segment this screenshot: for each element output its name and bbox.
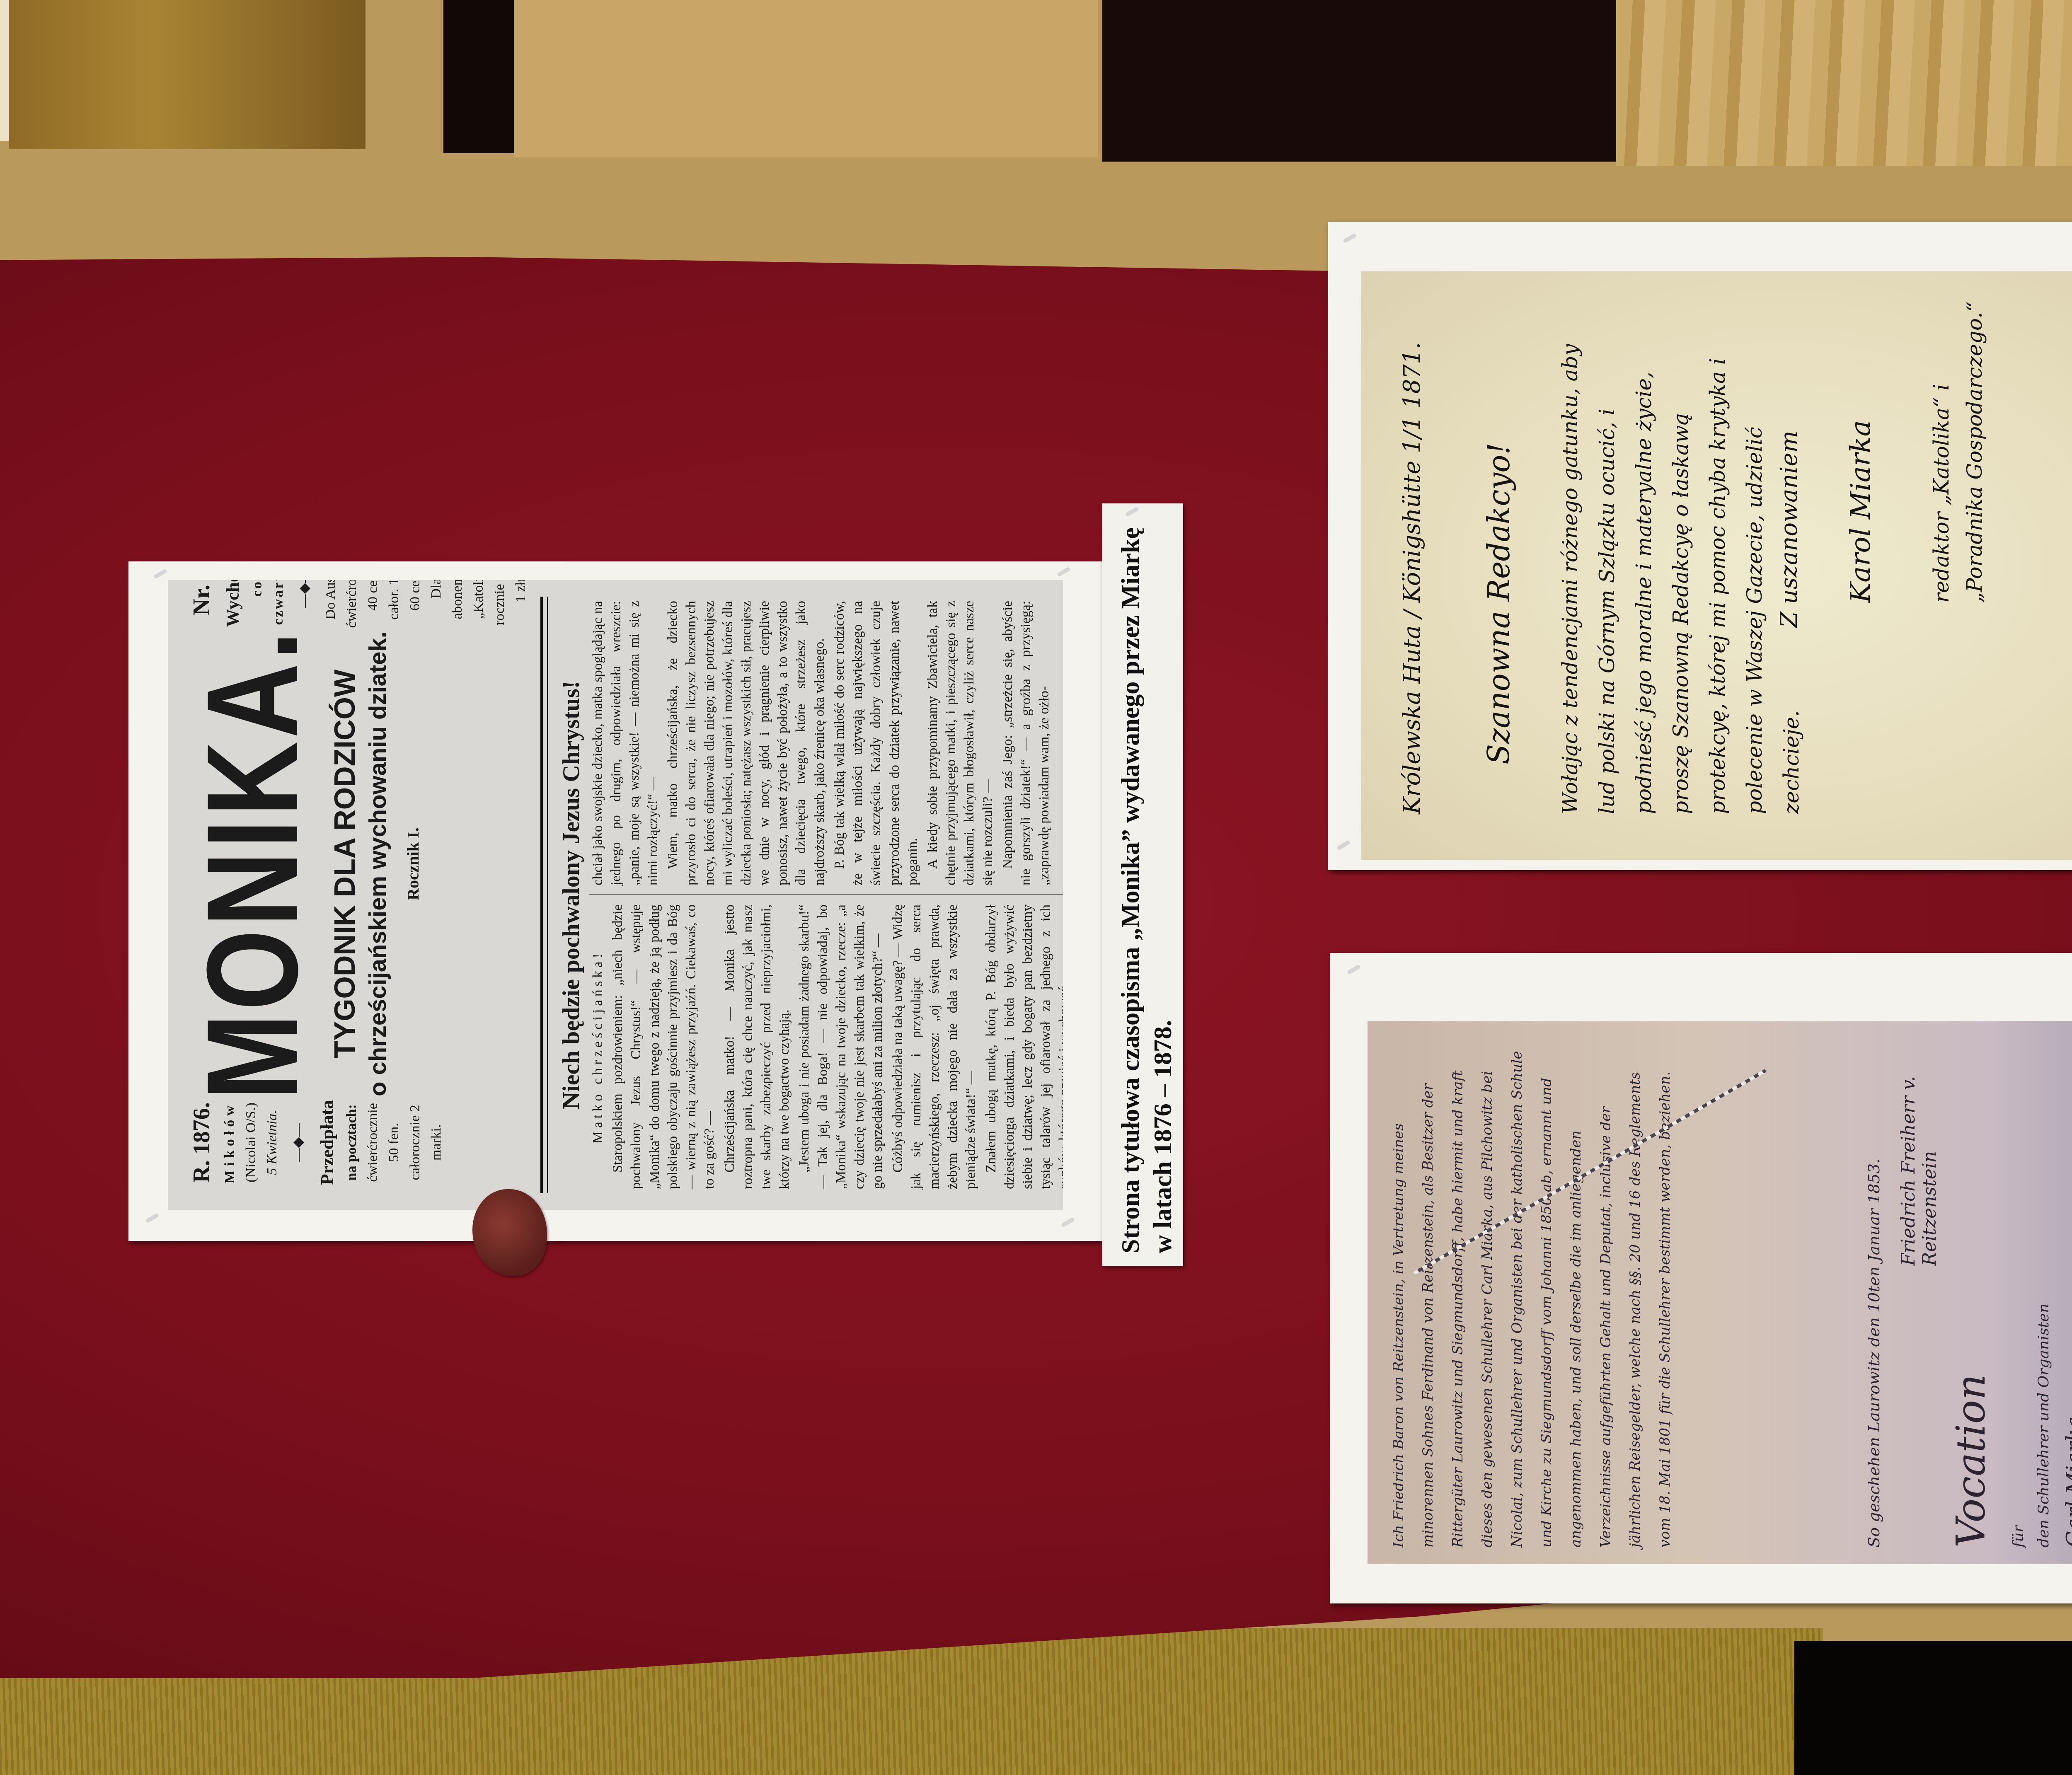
- letter-body: Wołając z tendencjami różnego gatunku, a…: [1552, 317, 1810, 814]
- signature-role-line: „Poradnika Gospodarczego.“: [1958, 301, 1991, 603]
- article-columns: Matko chrześcijańska! Staropolskiem pozd…: [589, 580, 1063, 1210]
- newspaper-subtitle: TYGODNIK DLA RODZICÓW: [328, 628, 361, 1100]
- newspaper-sheet: R. 1876. Mikołów (Nicolai O/S.) 5 Kwietn…: [128, 561, 1102, 1241]
- door-panel: [514, 0, 1098, 157]
- masthead: R. 1876. Mikołów (Nicolai O/S.) 5 Kwietn…: [168, 580, 531, 1210]
- masthead-right: Nr. 1. Wychodzi co czwartek. —◆— Do Aust…: [184, 580, 531, 628]
- signature-role-line: redaktor „Katolika“ i: [1925, 301, 1958, 603]
- newspaper-title: MONIKA.: [178, 628, 327, 1100]
- austria-heading: Do Austryi: [320, 580, 341, 628]
- subscription-quarter: ćwierćrocznie 50 fen.: [362, 1100, 404, 1185]
- document-title: Vocation: [1948, 1374, 1994, 1548]
- frequency: co czwartek.: [247, 580, 289, 628]
- letter-facsimile: Królewska Huta / Königshütte 1/1 1871. S…: [1361, 271, 2072, 860]
- subscription-year: całorocznie 2 marki.: [404, 1100, 447, 1185]
- pin-icon: [1057, 566, 1071, 577]
- divider: [540, 597, 548, 1193]
- wall: [0, 0, 9, 141]
- place-german: (Nicolai O/S.): [240, 1100, 261, 1185]
- letter-closing: Z uszanowaniem: [1776, 430, 1803, 628]
- frequency-heading: Wychodzi: [219, 580, 247, 628]
- document-facsimile: Ich Friedrich Baron von Reitzenstein, in…: [1368, 1021, 2072, 1564]
- letter-page: Królewska Huta / Königshütte 1/1 1871. S…: [1361, 271, 2072, 860]
- document-signature: Friedrich Freiherr v. Reitzenstein: [1898, 1021, 1940, 1266]
- letter-signature-role: redaktor „Katolika“ i „Poradnika Gospoda…: [1883, 301, 1991, 603]
- document-recipient: für den Schullehrer und Organisten Carl …: [2006, 1303, 2072, 1548]
- volume: Rocznik I.: [403, 628, 423, 1100]
- letter-place-date: Królewska Huta / Königshütte 1/1 1871.: [1399, 342, 1426, 814]
- caption-text: Strona tytułowa czasopisma „Monika” wyda…: [1115, 516, 1179, 1253]
- recipient-line: für: [2006, 1303, 2031, 1548]
- paragraph: Staropolskiem pozdrowieniem: „niech będz…: [609, 904, 719, 1189]
- masthead-left: R. 1876. Mikołów (Nicolai O/S.) 5 Kwietn…: [184, 1100, 531, 1185]
- paragraph: A kiedy sobie przypominamy Zbawiciela, t…: [924, 601, 997, 885]
- pin-icon: [1343, 233, 1357, 244]
- article-column: Matko chrześcijańska! Staropolskiem pozd…: [589, 904, 1063, 1189]
- paragraph: Matko chrześcijańska!: [589, 904, 607, 1189]
- issue-number: Nr. 1.: [189, 580, 215, 615]
- masthead-center: MONIKA. TYGODNIK DLA RODZICÓW o chrześci…: [184, 628, 531, 1100]
- place: Mikołów: [219, 1100, 240, 1185]
- document-sheet: Ich Friedrich Baron von Reitzenstein, in…: [1330, 953, 2072, 1603]
- year-label: R. 1876.: [189, 1102, 215, 1183]
- paragraph: Znałem ubogą matkę, którą P. Bóg obdarzy…: [982, 904, 1063, 1189]
- wood-panel: [1616, 0, 2072, 166]
- pin-icon: [1125, 506, 1139, 517]
- austria-quarter: ćwierćrocznie 40 cent.: [341, 580, 383, 628]
- austria-year: całor. 1 złr. 60 cent.: [383, 580, 426, 628]
- pin-icon: [1347, 964, 1361, 975]
- letter-signature: Karol Miarka: [1842, 420, 1879, 603]
- subscribers-note: „Katolika“: [468, 580, 489, 628]
- document-page: Ich Friedrich Baron von Reitzenstein, in…: [1368, 1021, 2072, 1564]
- paragraph: Napomnienia zaś Jego: „strzeżcie się, ab…: [999, 601, 1054, 885]
- subscription-sub: na pocztach:: [341, 1100, 362, 1185]
- pin-icon: [1336, 840, 1351, 851]
- document-body: Ich Friedrich Baron von Reitzenstein, in…: [1384, 1038, 1680, 1548]
- article-title: Niech będzie pochwalony Jezus Chrystus!: [557, 580, 585, 1210]
- paragraph: chciał jako swojskie dziecko, matka spog…: [589, 601, 662, 885]
- newspaper-subtitle-2: o chrześcijańskiem wychowaniu dziatek.: [364, 628, 392, 1100]
- doorway-dark: [1102, 0, 1633, 162]
- ornament: —◆—: [288, 1100, 309, 1185]
- door-frame: [9, 0, 366, 149]
- paragraph: Wiem, matko chrześcijańska, że dziecko p…: [664, 601, 829, 885]
- pin-icon: [153, 568, 167, 579]
- caption-newspaper: Strona tytułowa czasopisma „Monika” wyda…: [1102, 503, 1183, 1266]
- document-date-line: So geschehen Laurowitz den 10ten Januar …: [1865, 1050, 1883, 1548]
- ornament: —◆—: [294, 580, 315, 628]
- article-column: chciał jako swojskie dziecko, matka spog…: [589, 601, 1063, 895]
- recipient-line: den Schullehrer und Organisten: [2031, 1303, 2056, 1548]
- paragraph: Chrześcijańska matko! — Monika jestto ro…: [721, 904, 794, 1189]
- paragraph: „Jestem uboga i nie posiadam żadnego ska…: [795, 904, 887, 1189]
- pin-icon: [145, 1213, 159, 1224]
- recipient-line: Carl Miarka: [2056, 1303, 2072, 1548]
- subscription-heading: Przedpłata: [314, 1100, 341, 1185]
- paragraph: Cóżbyś odpowiedziała na taką uwagę? — Wi…: [889, 904, 980, 1189]
- subscribers-note: Dla abonentów: [426, 580, 468, 628]
- pin-icon: [1061, 1217, 1075, 1228]
- subscribers-note: rocznie tylko 1 złr.: [489, 580, 531, 628]
- newspaper-print: R. 1876. Mikołów (Nicolai O/S.) 5 Kwietn…: [168, 580, 1063, 1210]
- newspaper-page: R. 1876. Mikołów (Nicolai O/S.) 5 Kwietn…: [168, 580, 1063, 1210]
- letter-greeting: Szanowna Redakcyo!: [1481, 443, 1516, 764]
- paragraph: P. Bóg tak wielką wlał miłość do serc ro…: [830, 601, 922, 885]
- issue-date: 5 Kwietnia.: [261, 1100, 283, 1185]
- floor-shadow: [1794, 1641, 2072, 1775]
- letter-sheet: Królewska Huta / Königshütte 1/1 1871. S…: [1328, 222, 2072, 870]
